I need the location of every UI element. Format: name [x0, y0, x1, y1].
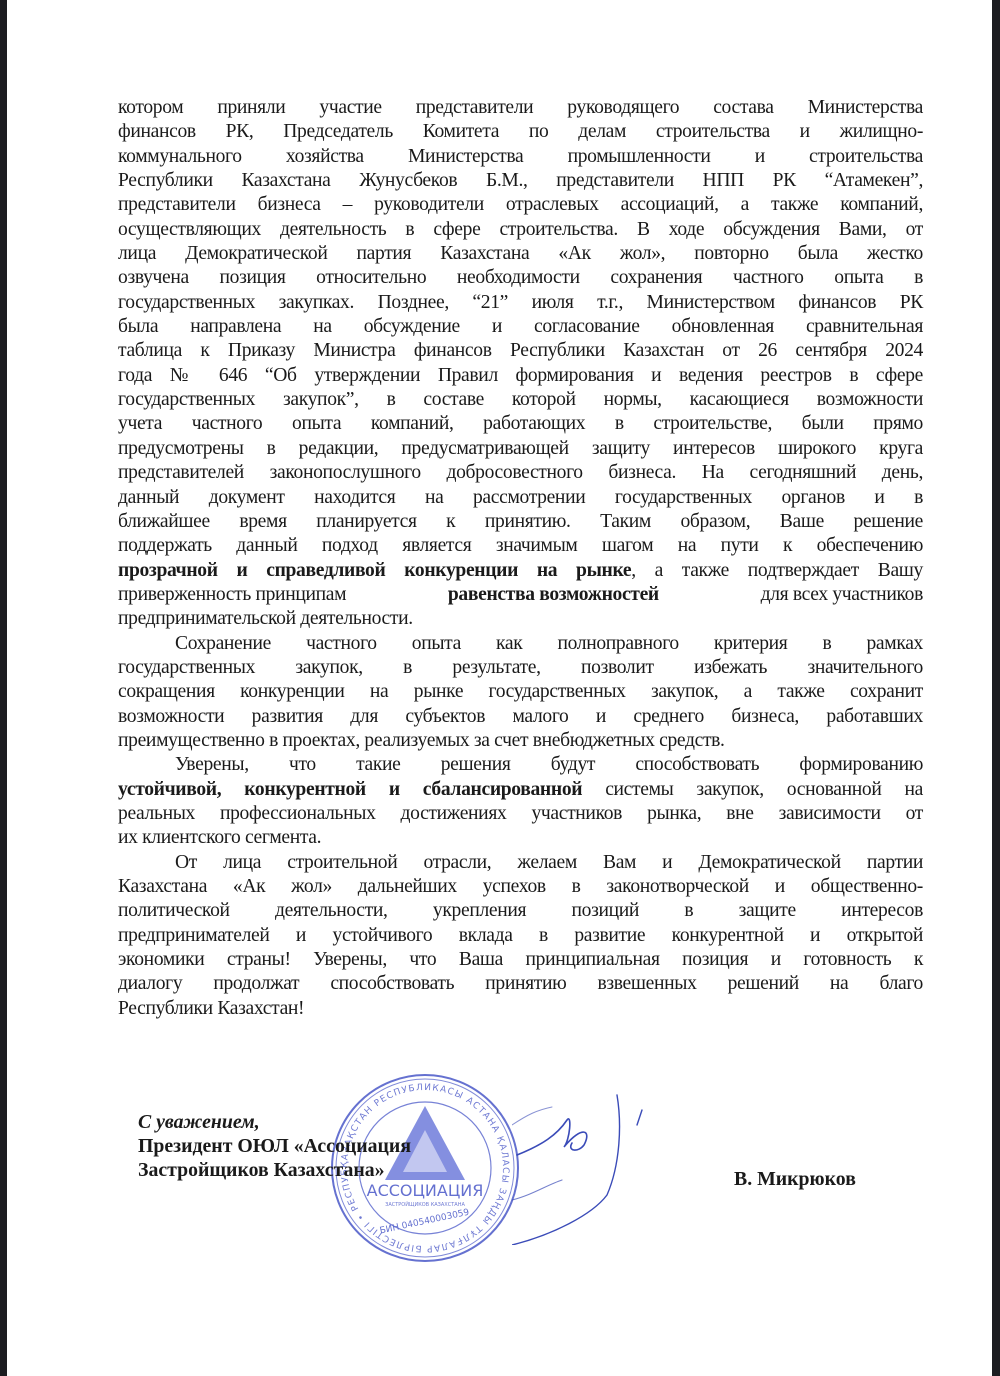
- text-line: представителей законопослушного добросов…: [118, 461, 923, 485]
- text-line: От лица строительной отрасли, желаем Вам…: [118, 851, 923, 875]
- text-line: реальных профессиональных достижениях уч…: [118, 802, 923, 826]
- text-line: Уверены, что такие решения будут способс…: [118, 753, 923, 777]
- svg-text:БИН 040540003059: БИН 040540003059: [379, 1208, 471, 1237]
- closing-greeting: С уважением,: [138, 1110, 411, 1134]
- signer-title-line-2: Застройщиков Казахстана»: [138, 1158, 411, 1182]
- text-line: финансов РК, Председатель Комитета по де…: [118, 120, 923, 144]
- bold-phrase: прозрачной и справедливой конкуренции на…: [118, 560, 631, 581]
- paragraph-3: Уверены, что такие решения будут способс…: [118, 753, 923, 850]
- handwritten-signature-icon: [512, 1085, 662, 1245]
- text-line: котором приняли участие представители ру…: [118, 96, 923, 120]
- text-line: предусмотрены в редакции, предусматриваю…: [118, 437, 923, 461]
- text-line: их клиентского сегмента.: [118, 826, 923, 850]
- text-line: была направлена на обсуждение и согласов…: [118, 315, 923, 339]
- text-line: Республики Казахстан!: [118, 997, 923, 1021]
- text-line: диалогу продолжат способствовать приняти…: [118, 972, 923, 996]
- text-segment: для всех участников: [761, 583, 923, 607]
- svg-text:АССОЦИАЦИЯ: АССОЦИАЦИЯ: [367, 1181, 484, 1200]
- closing-block: С уважением, Президент ОЮЛ «Ассоциация З…: [138, 1110, 411, 1182]
- paragraph-1: котором приняли участие представители ру…: [118, 96, 923, 632]
- text-line: государственных закупках. Позднее, “21” …: [118, 291, 923, 315]
- bold-phrase: устойчивой, конкурентной и сбалансирован…: [118, 779, 582, 800]
- text-line: года № 646 “Об утверждении Правил формир…: [118, 364, 923, 388]
- text-line: предпринимателей и устойчивого вклада в …: [118, 924, 923, 948]
- text-line: таблица к Приказу Министра финансов Респ…: [118, 339, 923, 363]
- svg-text:ЗАСТРОЙЩИКОВ КАЗАХСТАНА: ЗАСТРОЙЩИКОВ КАЗАХСТАНА: [385, 1201, 465, 1208]
- text-segment: , а также подтверждает Вашу: [631, 560, 923, 581]
- text-line: представители бизнеса – руководители отр…: [118, 193, 923, 217]
- paragraph-4: От лица строительной отрасли, желаем Вам…: [118, 851, 923, 1021]
- text-line-emphasis: устойчивой, конкурентной и сбалансирован…: [118, 778, 923, 802]
- text-line: ближайшее время планируется к принятию. …: [118, 510, 923, 534]
- signer-name: В. Микрюков: [734, 1168, 856, 1191]
- text-line: осуществляющих деятельность в сфере стро…: [118, 218, 923, 242]
- text-line: лица Демократической партия Казахстана «…: [118, 242, 923, 266]
- signer-title-line-1: Президент ОЮЛ «Ассоциация: [138, 1134, 411, 1158]
- text-line: политической деятельности, укрепления по…: [118, 899, 923, 923]
- text-line: сокращения конкуренции на рынке государс…: [118, 680, 923, 704]
- text-line: преимущественно в проектах, реализуемых …: [118, 729, 923, 753]
- text-line: данный документ находится на рассмотрени…: [118, 486, 923, 510]
- bold-phrase: равенства возможностей: [448, 583, 659, 607]
- text-line: озвучена позиция относительно необходимо…: [118, 266, 923, 290]
- text-line-emphasis: прозрачной и справедливой конкуренции на…: [118, 559, 923, 583]
- text-line: Казахстана «Ак жол» дальнейших успехов в…: [118, 875, 923, 899]
- text-line: возможности развития для субъектов малог…: [118, 705, 923, 729]
- letter-body: котором приняли участие представители ру…: [118, 96, 923, 1021]
- text-line: предпринимательской деятельности.: [118, 607, 923, 631]
- text-line: государственных закупок, в результате, п…: [118, 656, 923, 680]
- text-line: поддержать данный подход является значим…: [118, 534, 923, 558]
- paragraph-2: Сохранение частного опыта как полноправн…: [118, 632, 923, 754]
- text-segment: приверженность принципам: [118, 583, 346, 607]
- text-line: экономики страны! Уверены, что Ваша прин…: [118, 948, 923, 972]
- text-line: учета частного опыта компаний, работающи…: [118, 412, 923, 436]
- text-line: государственных закупок”, в составе кото…: [118, 388, 923, 412]
- document-page: котором приняли участие представители ру…: [7, 0, 992, 1376]
- text-line: Сохранение частного опыта как полноправн…: [118, 632, 923, 656]
- text-line: Республики Казахстана Жунусбеков Б.М., п…: [118, 169, 923, 193]
- text-line: коммунального хозяйства Министерства про…: [118, 145, 923, 169]
- text-line-emphasis: приверженность принципамравенства возмож…: [118, 583, 923, 607]
- text-segment: системы закупок, основанной на: [582, 779, 923, 800]
